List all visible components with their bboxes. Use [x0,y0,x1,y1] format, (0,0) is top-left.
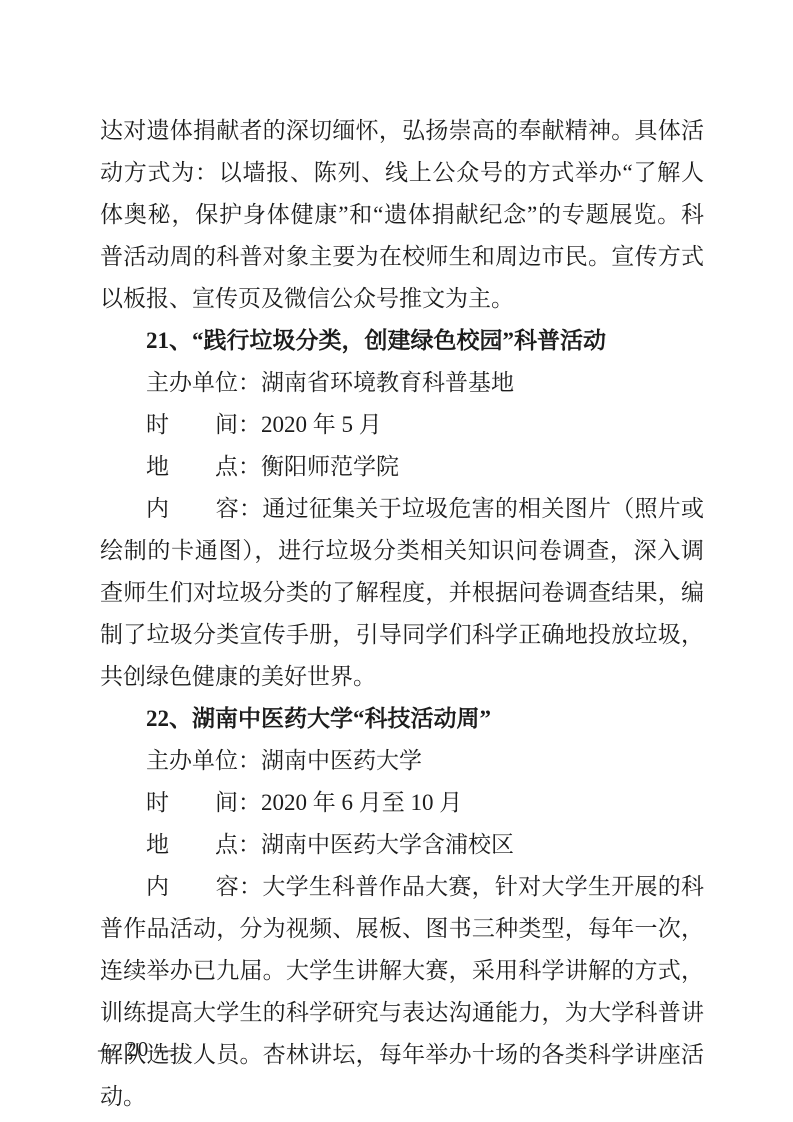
document-content: 达对遗体捐献者的深切缅怀，弘扬崇高的奉献精神。具体活动方式为：以墙报、陈列、线上… [100,110,704,1118]
section-21-organizer-row: 主办单位：湖南省环境教育科普基地 [100,362,704,404]
content-value: 通过征集关于垃圾危害的相关图片（照片或绘制的卡通图），进行垃圾分类相关知识问卷调… [100,496,704,689]
time-label: 时 间： [146,790,261,815]
organizer-label: 主办单位： [146,370,261,395]
section-22-organizer-row: 主办单位：湖南中医药大学 [100,740,704,782]
organizer-value: 湖南省环境教育科普基地 [261,370,514,395]
organizer-label: 主办单位： [146,748,261,773]
section-21-heading: 21、“践行垃圾分类，创建绿色校园”科普活动 [100,320,704,362]
section-21-content-row: 内 容：通过征集关于垃圾危害的相关图片（照片或绘制的卡通图），进行垃圾分类相关知… [100,488,704,698]
section-22-content-row: 内 容：大学生科普作品大赛，针对大学生开展的科普作品活动，分为视频、展板、图书三… [100,866,704,1118]
section-22: 22、湖南中医药大学“科技活动周” 主办单位：湖南中医药大学 时 间：2020 … [100,698,704,1118]
content-label: 内 容： [146,874,262,899]
section-22-heading: 22、湖南中医药大学“科技活动周” [100,698,704,740]
section-22-location-row: 地 点：湖南中医药大学含浦校区 [100,824,704,866]
intro-paragraph: 达对遗体捐献者的深切缅怀，弘扬崇高的奉献精神。具体活动方式为：以墙报、陈列、线上… [100,110,704,320]
organizer-value: 湖南中医药大学 [261,748,422,773]
location-value: 湖南中医药大学含浦校区 [261,832,514,857]
location-value: 衡阳师范学院 [261,454,399,479]
time-value: 2020 年 5 月 [261,412,382,437]
section-22-time-row: 时 间：2020 年 6 月至 10 月 [100,782,704,824]
section-21-location-row: 地 点：衡阳师范学院 [100,446,704,488]
content-label: 内 容： [146,496,262,521]
document-page: 达对遗体捐献者的深切缅怀，弘扬崇高的奉献精神。具体活动方式为：以墙报、陈列、线上… [0,0,793,1122]
page-number: — 20 — [98,1035,178,1063]
location-label: 地 点： [146,454,261,479]
time-label: 时 间： [146,412,261,437]
section-21: 21、“践行垃圾分类，创建绿色校园”科普活动 主办单位：湖南省环境教育科普基地 … [100,320,704,698]
content-value: 大学生科普作品大赛，针对大学生开展的科普作品活动，分为视频、展板、图书三种类型，… [100,874,704,1109]
time-value: 2020 年 6 月至 10 月 [261,790,462,815]
section-21-time-row: 时 间：2020 年 5 月 [100,404,704,446]
location-label: 地 点： [146,832,261,857]
